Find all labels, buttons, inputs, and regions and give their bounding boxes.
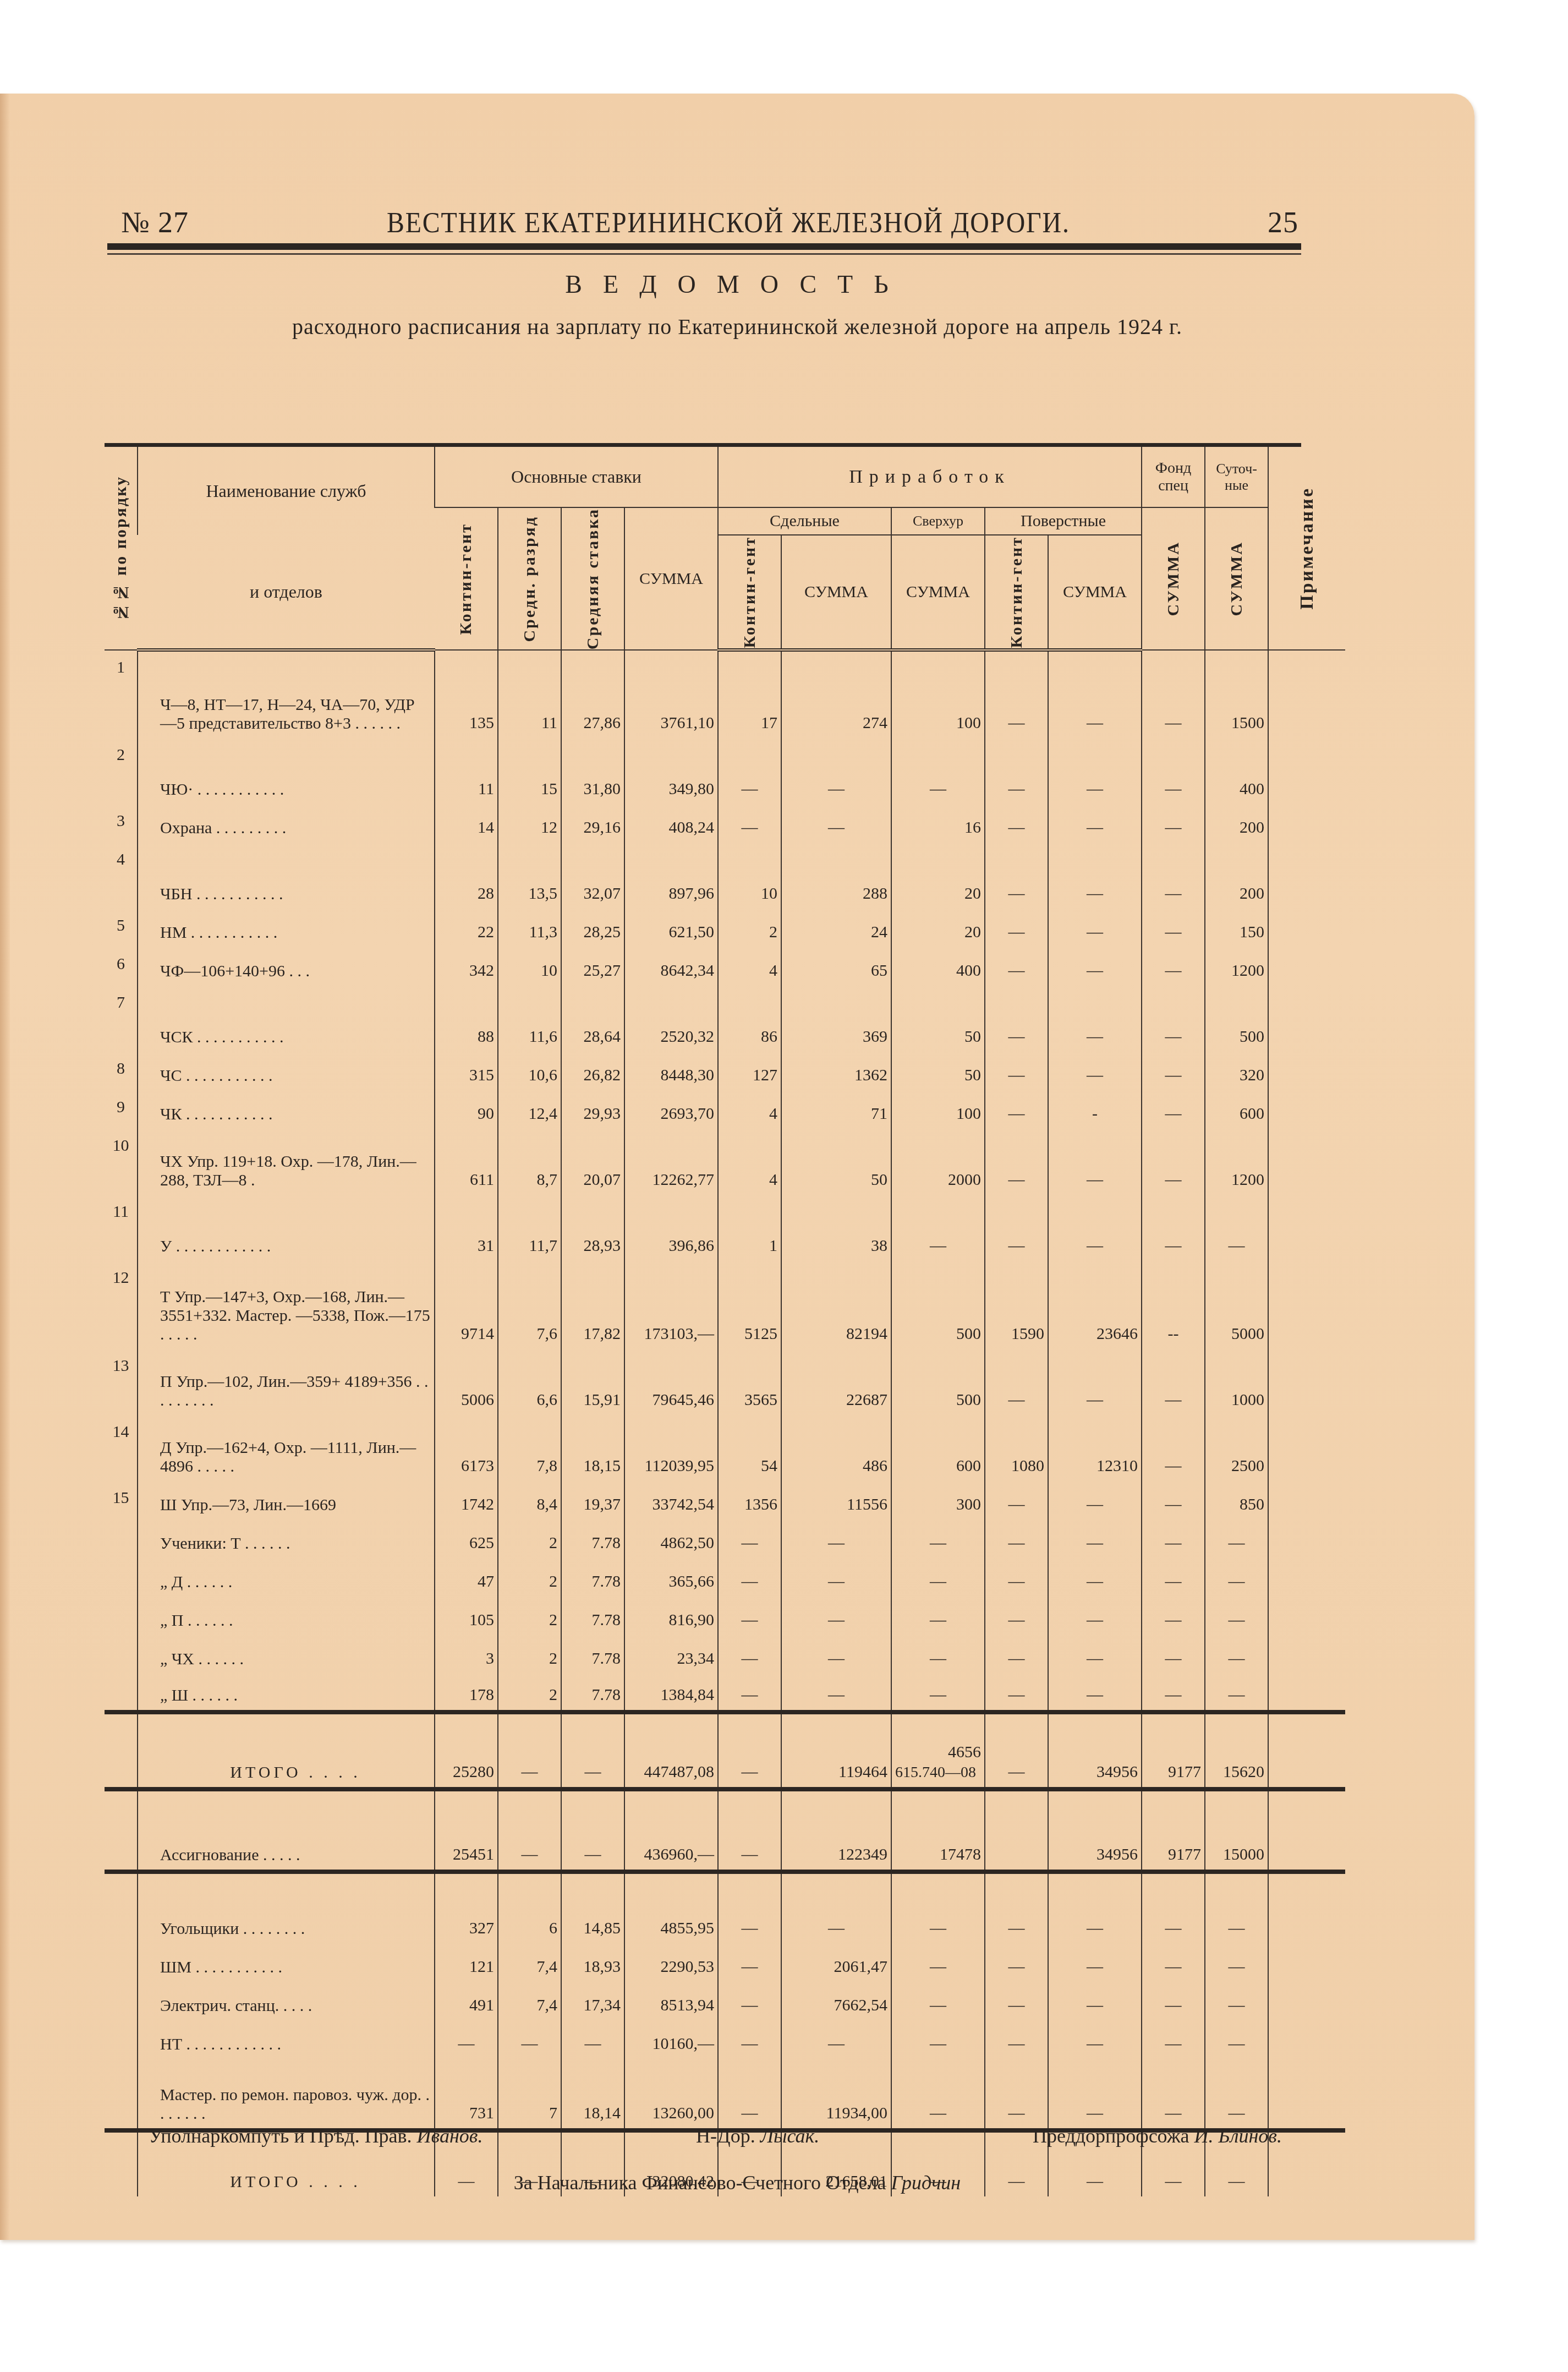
table-row: 13П Упр.—102, Лин.—359+ 4189+356 . . . .…	[105, 1349, 1345, 1415]
newspaper-page: № 27 ВЕСТНИК ЕКАТЕРИНИНСКОЙ ЖЕЛЕЗНОЙ ДОР…	[0, 94, 1474, 2240]
cell-fs: —	[1142, 1520, 1205, 1558]
cell-vs: —	[1048, 1982, 1142, 2020]
cell-remark	[1268, 1982, 1345, 2020]
row-name: Электрич. станц. . . . .	[138, 1982, 435, 2020]
table-row: 1Ч—8, НТ—17, Н—24, ЧА—70, УДР—5 представ…	[105, 650, 1345, 738]
table-body-allocation: Ассигнование . . . . .25451——436960,——12…	[105, 1789, 1345, 1872]
cell-pc: 17	[718, 650, 781, 738]
cell-s: 10160,—	[624, 2020, 718, 2059]
cell-g: 6	[498, 1872, 561, 1943]
col-header-verst-contingent: Контин-гент	[985, 535, 1048, 650]
row-name: Ученики: Т . . . . . .	[138, 1520, 435, 1558]
cell-c: 178	[435, 1674, 498, 1712]
col-header-fund-sum: СУММА	[1142, 507, 1205, 650]
cell-g: 11,6	[498, 986, 561, 1052]
cell-vc: —	[985, 804, 1048, 843]
cell-remark	[1268, 1520, 1345, 1558]
row-number	[105, 1982, 138, 2020]
cell-pc: —	[718, 1872, 781, 1943]
cell-fs: —	[1142, 1349, 1205, 1415]
row-number	[105, 2059, 138, 2130]
cell-g: 11,3	[498, 909, 561, 947]
cell-r: 18,14	[561, 2059, 624, 2130]
cell-c: 22	[435, 909, 498, 947]
cell-r: —	[561, 2020, 624, 2059]
cell-r: 27,86	[561, 650, 624, 738]
cell-pc: —	[718, 1635, 781, 1674]
col-header-per-diem-sum: СУММА	[1205, 507, 1268, 650]
cell-vs: —	[1048, 1520, 1142, 1558]
cell-ot: 16	[891, 804, 985, 843]
row-name: Охрана . . . . . . . . .	[138, 804, 435, 843]
cell-pc: —	[718, 1597, 781, 1635]
table-row: 15Ш Упр.—73, Лин.—166917428,419,3733742,…	[105, 1481, 1345, 1520]
cell-remark	[1268, 1261, 1345, 1349]
cell-c: 342	[435, 947, 498, 986]
cell-g: —	[498, 1712, 561, 1789]
cell-ot: —	[891, 1195, 985, 1261]
cell-s: 3761,10	[624, 650, 718, 738]
cell-ot: 600	[891, 1415, 985, 1481]
cell-remark	[1268, 1635, 1345, 1674]
col-header-overtime-sum: СУММА	[891, 535, 985, 650]
row-number: 9	[105, 1090, 138, 1129]
cell-c: 11	[435, 738, 498, 804]
cell-remark	[1268, 947, 1345, 986]
cell-remark	[1268, 1943, 1345, 1982]
cell-g: 10,6	[498, 1052, 561, 1090]
cell-g: 8,4	[498, 1481, 561, 1520]
col-header-avg-rate: Средняя ставка	[561, 507, 624, 650]
cell-g: 13,5	[498, 843, 561, 909]
row-number: 13	[105, 1349, 138, 1415]
cell-vc: —	[985, 1129, 1048, 1195]
cell-fs: 9177	[1142, 1712, 1205, 1789]
total-row: ИТОГО . . . .25280——447487,08—1194644656…	[105, 1712, 1345, 1789]
cell-vc: —	[985, 1520, 1048, 1558]
table-row: Ученики: Т . . . . . .62527.784862,50———…	[105, 1520, 1345, 1558]
row-number	[105, 2020, 138, 2059]
cell-fs: —	[1142, 804, 1205, 843]
cell-pd: 1200	[1205, 947, 1268, 986]
table-row: Мастер. по ремон. паровоз. чуж. дор. . .…	[105, 2059, 1345, 2130]
table-body-total: ИТОГО . . . .25280——447487,08—1194644656…	[105, 1712, 1345, 1789]
cell-fs: —	[1142, 738, 1205, 804]
cell-pc: 4	[718, 1090, 781, 1129]
cell-ot: —	[891, 1597, 985, 1635]
cell-remark	[1268, 1052, 1345, 1090]
signature-3: Преддорпрофсожа И. Блинов.	[1033, 2124, 1282, 2147]
signatures: Уполнаркомпуть и Прѣд. Прав. Иванов. Н-Д…	[149, 2124, 1282, 2147]
cell-ot: —	[891, 2020, 985, 2059]
cell-remark	[1268, 1090, 1345, 1129]
cell-ps: 22687	[781, 1349, 891, 1415]
cell-g: —	[498, 2020, 561, 2059]
table-row: ШМ . . . . . . . . . . .1217,418,932290,…	[105, 1943, 1345, 1982]
cell-remark	[1268, 1195, 1345, 1261]
cell-ps: 82194	[781, 1261, 891, 1349]
cell-pc: 2	[718, 909, 781, 947]
cell-c: —	[435, 2020, 498, 2059]
header-rule	[107, 243, 1301, 250]
cell-c: 31	[435, 1195, 498, 1261]
cell-remark	[1268, 843, 1345, 909]
cell-ot: 20	[891, 843, 985, 909]
signature-2: Н-Дор. Лысак.	[696, 2124, 819, 2147]
cell-fs: —	[1142, 986, 1205, 1052]
cell-fs: —	[1142, 1558, 1205, 1597]
cell-pc: —	[718, 1982, 781, 2020]
cell-r: 7.78	[561, 1597, 624, 1635]
cell-vc: —	[985, 1349, 1048, 1415]
cell-remark	[1268, 2020, 1345, 2059]
cell-s: 23,34	[624, 1635, 718, 1674]
col-header-piece-sum: СУММА	[781, 535, 891, 650]
cell-ps: 50	[781, 1129, 891, 1195]
row-name: „ Д . . . . . .	[138, 1558, 435, 1597]
cell-vs: —	[1048, 1052, 1142, 1090]
row-name: ЧБН . . . . . . . . . . .	[138, 843, 435, 909]
cell-s: 408,24	[624, 804, 718, 843]
cell-vs: —	[1048, 986, 1142, 1052]
row-number	[105, 1872, 138, 1943]
cell-g: 8,7	[498, 1129, 561, 1195]
cell-vs: —	[1048, 1635, 1142, 1674]
cell-vc: 1590	[985, 1261, 1048, 1349]
table-body-additional: Угольщики . . . . . . . .327614,854855,9…	[105, 1872, 1345, 2130]
col-header-basic-rates: Основные ставки	[435, 447, 718, 507]
cell-pd: —	[1205, 1943, 1268, 1982]
cell-vs: —	[1048, 1558, 1142, 1597]
cell-c: 625	[435, 1520, 498, 1558]
cell-ps: 11934,00	[781, 2059, 891, 2130]
cell-fs: —	[1142, 1597, 1205, 1635]
row-name: „ ЧХ . . . . . .	[138, 1635, 435, 1674]
cell-vs: —	[1048, 1481, 1142, 1520]
row-number: 6	[105, 947, 138, 986]
table-row: 14Д Упр.—162+4, Охр. —1111, Лин.—4896 . …	[105, 1415, 1345, 1481]
cell-s: 12262,77	[624, 1129, 718, 1195]
cell-vs: —	[1048, 1195, 1142, 1261]
col-header-piece-contingent: Контин-гент	[718, 535, 781, 650]
cell-c: 47	[435, 1558, 498, 1597]
table-row: 12Т Упр.—147+3, Охр.—168, Лин.—3551+332.…	[105, 1261, 1345, 1349]
table-row: 9ЧК . . . . . . . . . . .9012,429,932693…	[105, 1090, 1345, 1129]
cell-pd: 400	[1205, 738, 1268, 804]
cell-pd: —	[1205, 1982, 1268, 2020]
cell-ot: 400	[891, 947, 985, 986]
cell-ot: 300	[891, 1481, 985, 1520]
cell-vc: —	[985, 1982, 1048, 2020]
row-name: Ассигнование . . . . .	[138, 1789, 435, 1872]
cell-fs: —	[1142, 1090, 1205, 1129]
cell-g: 10	[498, 947, 561, 986]
cell-remark	[1268, 986, 1345, 1052]
row-number: 14	[105, 1415, 138, 1481]
cell-fs: —	[1142, 2020, 1205, 2059]
cell-fs: —	[1142, 1982, 1205, 2020]
col-header-fund-spec: Фонд спец	[1142, 447, 1205, 507]
cell-ot: 4656615.740—08	[891, 1712, 985, 1789]
cell-ps: —	[781, 1674, 891, 1712]
cell-remark	[1268, 1558, 1345, 1597]
row-number	[105, 1943, 138, 1982]
cell-ps: —	[781, 1635, 891, 1674]
row-number	[105, 1635, 138, 1674]
cell-ps: 274	[781, 650, 891, 738]
cell-r: 20,07	[561, 1129, 624, 1195]
cell-r: 31,80	[561, 738, 624, 804]
cell-g: 11,7	[498, 1195, 561, 1261]
cell-fs: —	[1142, 1195, 1205, 1261]
cell-pd: 500	[1205, 986, 1268, 1052]
cell-pc: 1	[718, 1195, 781, 1261]
cell-s: 8513,94	[624, 1982, 718, 2020]
cell-ot: —	[891, 1520, 985, 1558]
cell-remark	[1268, 1481, 1345, 1520]
row-name: П Упр.—102, Лин.—359+ 4189+356 . . . . .…	[138, 1349, 435, 1415]
table-row: „ ЧХ . . . . . .327.7823,34———————	[105, 1635, 1345, 1674]
col-header-remark: Примечание	[1268, 447, 1345, 650]
cell-s: 173103,—	[624, 1261, 718, 1349]
cell-s: 13260,00	[624, 2059, 718, 2130]
cell-pc: —	[718, 1674, 781, 1712]
cell-remark	[1268, 1597, 1345, 1635]
cell-pc: —	[718, 2020, 781, 2059]
cell-pc: —	[718, 2059, 781, 2130]
table-top-rule	[105, 443, 1301, 447]
cell-g: 7,8	[498, 1415, 561, 1481]
cell-ot: 100	[891, 650, 985, 738]
cell-ot: 50	[891, 1052, 985, 1090]
cell-pc: 4	[718, 947, 781, 986]
cell-g: 2	[498, 1558, 561, 1597]
cell-s: 2290,53	[624, 1943, 718, 1982]
cell-vc: —	[985, 2059, 1048, 2130]
table-row: 8ЧС . . . . . . . . . . .31510,626,82844…	[105, 1052, 1345, 1090]
cell-ot: 2000	[891, 1129, 985, 1195]
cell-pc: 4	[718, 1129, 781, 1195]
cell-pd: —	[1205, 1195, 1268, 1261]
row-number: 12	[105, 1261, 138, 1349]
cell-ps: 1362	[781, 1052, 891, 1090]
cell-ps: —	[781, 1597, 891, 1635]
cell-r: 7.78	[561, 1674, 624, 1712]
cell-r: 28,25	[561, 909, 624, 947]
cell-g: 2	[498, 1597, 561, 1635]
cell-ps: 119464	[781, 1712, 891, 1789]
row-name: „ П . . . . . .	[138, 1597, 435, 1635]
table-row: 6ЧФ—106+140+96 . . .3421025,278642,34465…	[105, 947, 1345, 986]
cell-r: 28,64	[561, 986, 624, 1052]
cell-ps: —	[781, 1872, 891, 1943]
row-name: ЧЮ· . . . . . . . . . . .	[138, 738, 435, 804]
cell-g: 12	[498, 804, 561, 843]
cell-vc: —	[985, 1195, 1048, 1261]
cell-pc: 54	[718, 1415, 781, 1481]
cell-vs: —	[1048, 1674, 1142, 1712]
row-name: ИТОГО . . . .	[138, 1712, 435, 1789]
cell-r: 18,93	[561, 1943, 624, 1982]
cell-r: 15,91	[561, 1349, 624, 1415]
cell-ot: 100	[891, 1090, 985, 1129]
row-number	[105, 1597, 138, 1635]
cell-fs: --	[1142, 1261, 1205, 1349]
col-header-verst-sum: СУММА	[1048, 535, 1142, 650]
signature-1: Уполнаркомпуть и Прѣд. Прав. Иванов.	[149, 2124, 483, 2147]
row-number	[105, 1558, 138, 1597]
cell-fs: —	[1142, 1872, 1205, 1943]
cell-ot: 20	[891, 909, 985, 947]
row-name: ШМ . . . . . . . . . . .	[138, 1943, 435, 1982]
cell-pd: 200	[1205, 804, 1268, 843]
cell-ot: 500	[891, 1261, 985, 1349]
cell-pc: —	[718, 1943, 781, 1982]
cell-ps: 65	[781, 947, 891, 986]
cell-c: 121	[435, 1943, 498, 1982]
row-number: 3	[105, 804, 138, 843]
cell-remark	[1268, 1415, 1345, 1481]
cell-vs: 12310	[1048, 1415, 1142, 1481]
cell-s: 8448,30	[624, 1052, 718, 1090]
cell-ot: —	[891, 1635, 985, 1674]
cell-ps: 486	[781, 1415, 891, 1481]
cell-c: 14	[435, 804, 498, 843]
col-header-per-diem: Суточ-ные	[1205, 447, 1268, 507]
cell-ps: 369	[781, 986, 891, 1052]
row-name: ЧХ Упр. 119+18. Охр. —178, Лин.—288, ТЗЛ…	[138, 1129, 435, 1195]
cell-vc: —	[985, 1635, 1048, 1674]
cell-pd: —	[1205, 2020, 1268, 2059]
cell-g: 12,4	[498, 1090, 561, 1129]
cell-remark	[1268, 1872, 1345, 1943]
cell-pd: 850	[1205, 1481, 1268, 1520]
col-header-name-2: и отделов	[138, 535, 435, 650]
cell-g: 11	[498, 650, 561, 738]
cell-ot: —	[891, 1982, 985, 2020]
cell-vs: —	[1048, 2020, 1142, 2059]
cell-s: 436960,—	[624, 1789, 718, 1872]
cell-pc: 5125	[718, 1261, 781, 1349]
cell-pd: 600	[1205, 1090, 1268, 1129]
cell-vs: 34956	[1048, 1789, 1142, 1872]
table-row: „ П . . . . . .10527.78816,90———————	[105, 1597, 1345, 1635]
cell-vc: —	[985, 986, 1048, 1052]
row-number: 15	[105, 1481, 138, 1520]
cell-vc: —	[985, 1481, 1048, 1520]
cell-r: 29,93	[561, 1090, 624, 1129]
cell-ot: —	[891, 1674, 985, 1712]
row-number: 11	[105, 1195, 138, 1261]
page-header: № 27 ВЕСТНИК ЕКАТЕРИНИНСКОЙ ЖЕЛЕЗНОЙ ДОР…	[121, 206, 1298, 239]
cell-r: —	[561, 1789, 624, 1872]
cell-vs: 23646	[1048, 1261, 1142, 1349]
cell-c: 9714	[435, 1261, 498, 1349]
cell-c: 25280	[435, 1712, 498, 1789]
cell-vs: —	[1048, 650, 1142, 738]
cell-pd: 150	[1205, 909, 1268, 947]
cell-remark	[1268, 738, 1345, 804]
cell-pd: 320	[1205, 1052, 1268, 1090]
cell-g: 15	[498, 738, 561, 804]
cell-vs: —	[1048, 947, 1142, 986]
table-row: „ Д . . . . . .4727.78365,66———————	[105, 1558, 1345, 1597]
cell-vs: -	[1048, 1090, 1142, 1129]
cell-ot: —	[891, 738, 985, 804]
cell-vc: —	[985, 1943, 1048, 1982]
cell-r: —	[561, 1712, 624, 1789]
cell-fs: —	[1142, 650, 1205, 738]
table-row: 7ЧСК . . . . . . . . . . .8811,628,64252…	[105, 986, 1345, 1052]
table-row: 5НМ . . . . . . . . . . .2211,328,25621,…	[105, 909, 1345, 947]
cell-ps: 38	[781, 1195, 891, 1261]
row-name: ЧК . . . . . . . . . . .	[138, 1090, 435, 1129]
row-name: Угольщики . . . . . . . .	[138, 1872, 435, 1943]
cell-g: 2	[498, 1635, 561, 1674]
cell-c: 135	[435, 650, 498, 738]
cell-s: 816,90	[624, 1597, 718, 1635]
header-rule-thin	[107, 253, 1301, 255]
cell-c: 105	[435, 1597, 498, 1635]
cell-ot: 500	[891, 1349, 985, 1415]
row-number	[105, 1712, 138, 1789]
cell-s: 33742,54	[624, 1481, 718, 1520]
cell-c: 315	[435, 1052, 498, 1090]
cell-s: 4862,50	[624, 1520, 718, 1558]
cell-pc: —	[718, 1558, 781, 1597]
cell-remark	[1268, 1674, 1345, 1712]
cell-s: 4855,95	[624, 1872, 718, 1943]
row-number: 4	[105, 843, 138, 909]
cell-pd: —	[1205, 1872, 1268, 1943]
row-name: Ш Упр.—73, Лин.—1669	[138, 1481, 435, 1520]
col-header-piecework: Сдельные	[718, 507, 891, 535]
cell-vs: —	[1048, 1597, 1142, 1635]
cell-pd: —	[1205, 1597, 1268, 1635]
row-name: НТ . . . . . . . . . . . .	[138, 2020, 435, 2059]
row-name: Мастер. по ремон. паровоз. чуж. дор. . .…	[138, 2059, 435, 2130]
cell-c: 28	[435, 843, 498, 909]
cell-vc: —	[985, 843, 1048, 909]
row-name: ЧСК . . . . . . . . . . .	[138, 986, 435, 1052]
cell-r: 29,16	[561, 804, 624, 843]
cell-r: 7.78	[561, 1635, 624, 1674]
cell-r: 7.78	[561, 1558, 624, 1597]
row-name: У . . . . . . . . . . . .	[138, 1195, 435, 1261]
cell-c: 327	[435, 1872, 498, 1943]
cell-pd: —	[1205, 1520, 1268, 1558]
cell-ps: 11556	[781, 1481, 891, 1520]
cell-vs: —	[1048, 1349, 1142, 1415]
cell-g: 6,6	[498, 1349, 561, 1415]
col-header-sum: СУММА	[624, 507, 718, 650]
cell-fs: —	[1142, 1635, 1205, 1674]
cell-fs: —	[1142, 1052, 1205, 1090]
issue-number: № 27	[121, 205, 189, 239]
cell-ps: 288	[781, 843, 891, 909]
cell-r: 17,34	[561, 1982, 624, 2020]
cell-ot: —	[891, 1872, 985, 1943]
cell-fs: —	[1142, 2059, 1205, 2130]
cell-pc: 127	[718, 1052, 781, 1090]
row-name: Т Упр.—147+3, Охр.—168, Лин.—3551+332. М…	[138, 1261, 435, 1349]
table-body-main: 1Ч—8, НТ—17, Н—24, ЧА—70, УДР—5 представ…	[105, 650, 1345, 1712]
col-header-extra-earnings: Приработок	[718, 447, 1142, 507]
table-row: 3Охрана . . . . . . . . .141229,16408,24…	[105, 804, 1345, 843]
cell-remark	[1268, 804, 1345, 843]
cell-s: 1384,84	[624, 1674, 718, 1712]
table-row: 2ЧЮ· . . . . . . . . . . .111531,80349,8…	[105, 738, 1345, 804]
